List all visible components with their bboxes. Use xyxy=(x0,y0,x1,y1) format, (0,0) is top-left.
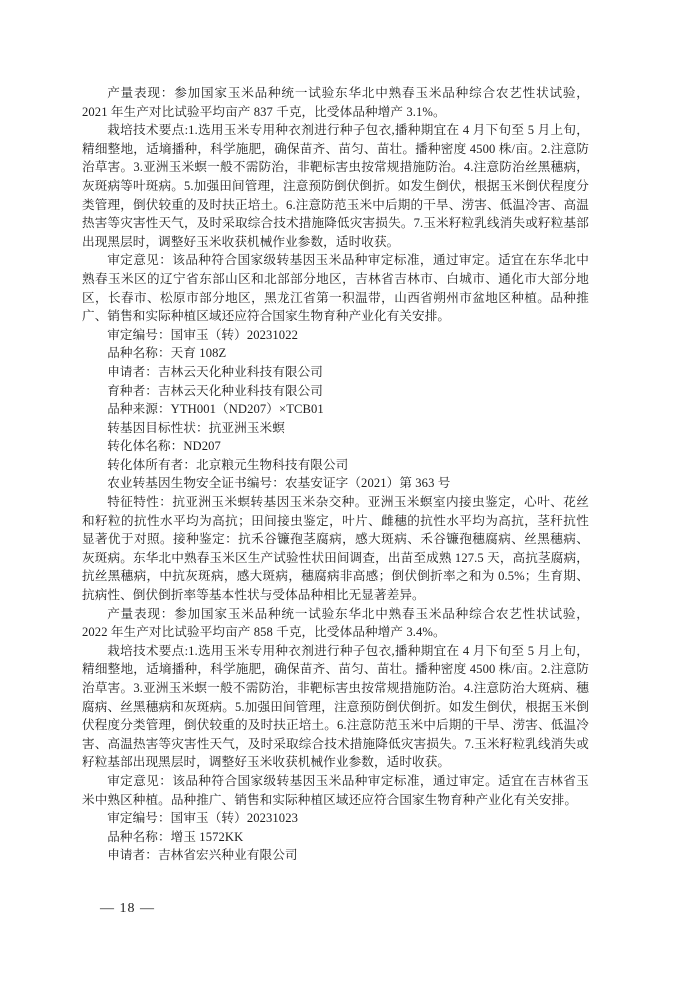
field-variety-name-1: 品种名称：天育 108Z xyxy=(82,344,589,363)
page-number: — 18 — xyxy=(100,901,155,917)
paragraph-yield-2021: 产量表现：参加国家玉米品种统一试验东华北中熟春玉米品种综合农艺性状试验，2021… xyxy=(82,84,589,121)
field-biosafety-certificate-number: 农业转基因生物安全证书编号：农基安证字（2021）第 363 号 xyxy=(82,474,589,493)
field-applicant-1: 申请者：吉林云天化种业科技有限公司 xyxy=(82,363,589,382)
paragraph-cultivation-points-1: 栽培技术要点:1.选用玉米专用种衣剂进行种子包衣,播种期宜在 4 月下旬至 5 … xyxy=(82,121,589,251)
paragraph-yield-2022: 产量表现：参加国家玉米品种统一试验东华北中熟春玉米品种综合农艺性状试验，2022… xyxy=(82,605,589,642)
field-gm-target-trait: 转基因目标性状：抗亚洲玉米螟 xyxy=(82,419,589,438)
field-variety-name-2: 品种名称：增玉 1572KK xyxy=(82,828,589,847)
document-page: 产量表现：参加国家玉米品种统一试验东华北中熟春玉米品种综合农艺性状试验，2021… xyxy=(0,0,700,990)
field-transformant-name: 转化体名称：ND207 xyxy=(82,437,589,456)
field-approval-number-1: 审定编号：国审玉（转）20231022 xyxy=(82,326,589,345)
paragraph-approval-opinion-1: 审定意见：该品种符合国家级转基因玉米品种审定标准，通过审定。适宜在东华北中熟春玉… xyxy=(82,251,589,325)
field-breeder-1: 育种者：吉林云天化种业科技有限公司 xyxy=(82,382,589,401)
paragraph-characteristics: 特征特性：抗亚洲玉米螟转基因玉米杂交种。亚洲玉米螟室内接虫鉴定，心叶、花丝和籽粒… xyxy=(82,493,589,605)
field-applicant-2: 申请者：吉林省宏兴种业有限公司 xyxy=(82,846,589,865)
paragraph-cultivation-points-2: 栽培技术要点:1.选用玉米专用种衣剂进行种子包衣,播种期宜在 4 月下旬至 5 … xyxy=(82,642,589,772)
field-variety-source: 品种来源：YTH001（ND207）×TCB01 xyxy=(82,400,589,419)
document-body: 产量表现：参加国家玉米品种统一试验东华北中熟春玉米品种综合农艺性状试验，2021… xyxy=(82,84,589,865)
paragraph-approval-opinion-2: 审定意见：该品种符合国家级转基因玉米品种审定标准，通过审定。适宜在吉林省玉米中熟… xyxy=(82,772,589,809)
field-approval-number-2: 审定编号：国审玉（转）20231023 xyxy=(82,809,589,828)
field-transformant-owner: 转化体所有者：北京粮元生物科技有限公司 xyxy=(82,456,589,475)
